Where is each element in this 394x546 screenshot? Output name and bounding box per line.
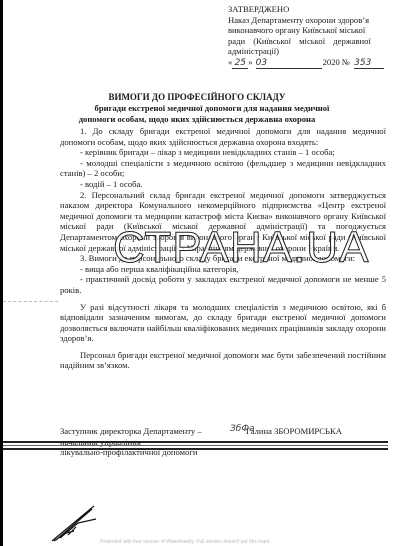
scan-rule — [3, 448, 388, 450]
title-sub-2: допомоги особам, щодо яких здійснюється … — [0, 114, 394, 125]
watermark: СТРАНА.UA — [113, 225, 369, 271]
approval-heading: ЗАТВЕРДЖЕНО — [228, 4, 390, 15]
signatory-name: Галина ЗБОРОМИРСЬКА — [246, 426, 342, 437]
position-line: Заступник директорка Департаменту – — [60, 426, 230, 437]
document-title: ВИМОГИ ДО ПРОФЕСІЙНОГО СКЛАДУ бригади ек… — [0, 92, 394, 125]
title-sub-1: бригади екстреної медичної допомоги для … — [0, 103, 394, 114]
approval-line: ради (Київської міської державної — [228, 36, 390, 47]
approval-stamp: ЗАТВЕРДЖЕНО Наказ Департаменту охорони з… — [228, 4, 390, 69]
list-item: - практичний досвід роботи у закладах ек… — [60, 274, 386, 295]
footer-watermark-note: Protected with free version of Watermark… — [100, 539, 271, 545]
list-item: - водій – 1 особа. — [60, 179, 386, 190]
order-number: 353 — [354, 58, 384, 70]
pen-signature-icon — [48, 503, 100, 543]
list-item: - керівник бригади – лікар з медицини не… — [60, 147, 386, 158]
scan-rule — [3, 445, 388, 446]
list-item: - молодші спеціалісти з медичною освітою… — [60, 158, 386, 179]
date-month: 03 — [256, 58, 322, 70]
paragraph-4: У разі відсутності лікаря та молодших сп… — [60, 302, 386, 344]
scan-rule — [3, 441, 388, 443]
approval-line: Наказ Департаменту охорони здоров’я — [228, 15, 390, 26]
scan-left-border — [0, 0, 3, 546]
date-year: 2020 № — [323, 57, 351, 68]
approval-date-row: «25» 03 2020 № 353 — [228, 57, 390, 70]
approval-line: виконавчого органу Київської міської — [228, 25, 390, 36]
paragraph-1: 1. До складу бригади екстреної медичної … — [60, 126, 386, 147]
date-day: 25 — [232, 58, 248, 70]
scan-artifact-line — [3, 301, 58, 302]
approval-line: адміністрації) — [228, 46, 390, 57]
paragraph-5: Персонал бригади екстреної медичної допо… — [60, 350, 386, 371]
title-main: ВИМОГИ ДО ПРОФЕСІЙНОГО СКЛАДУ — [0, 92, 394, 103]
